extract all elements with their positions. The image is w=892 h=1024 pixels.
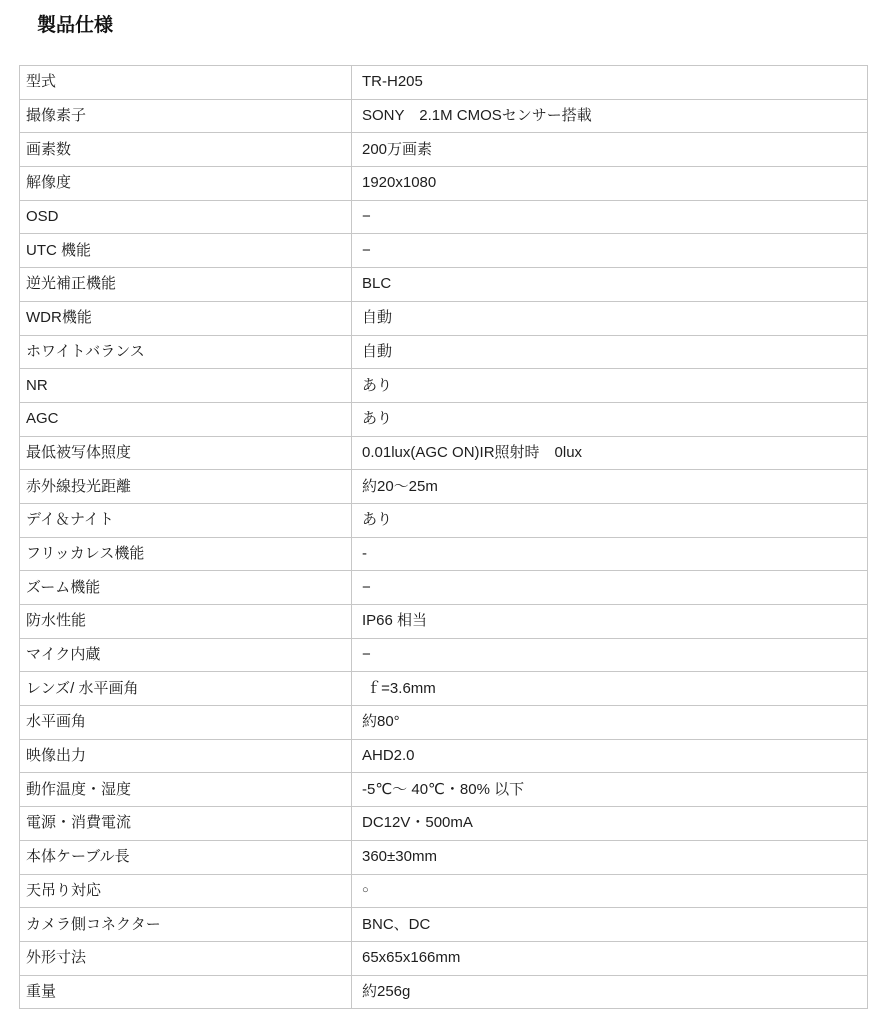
spec-row: 重量約256g — [20, 975, 868, 1009]
spec-row: 赤外線投光距離約20〜25m — [20, 470, 868, 504]
spec-label: AGC — [20, 402, 352, 436]
spec-label: 防水性能 — [20, 605, 352, 639]
spec-row: OSD− — [20, 200, 868, 234]
page-title: 製品仕様 — [37, 13, 892, 38]
spec-row: 外形寸法65x65x166mm — [20, 941, 868, 975]
spec-value: 自動 — [352, 335, 868, 369]
product-spec-table: 型式TR-H205撮像素子SONY 2.1M CMOSセンサー搭載画素数200万… — [19, 65, 868, 1009]
spec-value: あり — [352, 402, 868, 436]
spec-row: カメラ側コネクターBNC、DC — [20, 908, 868, 942]
spec-row: ズーム機能− — [20, 571, 868, 605]
spec-label: 解像度 — [20, 167, 352, 201]
spec-label: カメラ側コネクター — [20, 908, 352, 942]
spec-label: 画素数 — [20, 133, 352, 167]
spec-label: UTC 機能 — [20, 234, 352, 268]
spec-label: NR — [20, 369, 352, 403]
spec-row: 本体ケーブル長360±30mm — [20, 840, 868, 874]
spec-row: NRあり — [20, 369, 868, 403]
spec-row: 防水性能IP66 相当 — [20, 605, 868, 639]
spec-value: ｆ=3.6mm — [352, 672, 868, 706]
spec-label: 映像出力 — [20, 739, 352, 773]
spec-value: BNC、DC — [352, 908, 868, 942]
spec-value: - — [352, 537, 868, 571]
spec-value: 65x65x166mm — [352, 941, 868, 975]
spec-row: 解像度1920x1080 — [20, 167, 868, 201]
spec-value: 約80° — [352, 706, 868, 740]
spec-row: 逆光補正機能BLC — [20, 268, 868, 302]
spec-value: BLC — [352, 268, 868, 302]
spec-value: − — [352, 638, 868, 672]
spec-row: マイク内蔵− — [20, 638, 868, 672]
spec-row: AGCあり — [20, 402, 868, 436]
spec-label: OSD — [20, 200, 352, 234]
spec-label: 水平画角 — [20, 706, 352, 740]
spec-label: 型式 — [20, 66, 352, 100]
spec-value: SONY 2.1M CMOSセンサー搭載 — [352, 99, 868, 133]
spec-label: 重量 — [20, 975, 352, 1009]
spec-value: あり — [352, 369, 868, 403]
spec-row: 最低被写体照度0.01lux(AGC ON)IR照射時 0lux — [20, 436, 868, 470]
spec-value: DC12V・500mA — [352, 807, 868, 841]
spec-value: − — [352, 234, 868, 268]
spec-row: 画素数200万画素 — [20, 133, 868, 167]
spec-label: 最低被写体照度 — [20, 436, 352, 470]
spec-row: 動作温度・湿度-5℃〜 40℃・80% 以下 — [20, 773, 868, 807]
spec-row: 天吊り対応○ — [20, 874, 868, 908]
spec-row: UTC 機能− — [20, 234, 868, 268]
spec-label: マイク内蔵 — [20, 638, 352, 672]
spec-table-body: 型式TR-H205撮像素子SONY 2.1M CMOSセンサー搭載画素数200万… — [20, 66, 868, 1009]
spec-row: 型式TR-H205 — [20, 66, 868, 100]
spec-value: 約20〜25m — [352, 470, 868, 504]
spec-value: -5℃〜 40℃・80% 以下 — [352, 773, 868, 807]
spec-label: WDR機能 — [20, 301, 352, 335]
spec-row: フリッカレス機能- — [20, 537, 868, 571]
spec-label: レンズ/ 水平画角 — [20, 672, 352, 706]
spec-row: 電源・消費電流DC12V・500mA — [20, 807, 868, 841]
spec-label: デイ＆ナイト — [20, 503, 352, 537]
spec-label: 撮像素子 — [20, 99, 352, 133]
spec-row: 撮像素子SONY 2.1M CMOSセンサー搭載 — [20, 99, 868, 133]
spec-row: 水平画角約80° — [20, 706, 868, 740]
spec-value: 0.01lux(AGC ON)IR照射時 0lux — [352, 436, 868, 470]
spec-value: TR-H205 — [352, 66, 868, 100]
spec-value: − — [352, 571, 868, 605]
spec-value: ○ — [352, 874, 868, 908]
spec-label: 天吊り対応 — [20, 874, 352, 908]
spec-label: 外形寸法 — [20, 941, 352, 975]
spec-label: 動作温度・湿度 — [20, 773, 352, 807]
spec-label: 赤外線投光距離 — [20, 470, 352, 504]
spec-row: 映像出力AHD2.0 — [20, 739, 868, 773]
spec-label: ホワイトバランス — [20, 335, 352, 369]
spec-value: あり — [352, 503, 868, 537]
spec-value: 200万画素 — [352, 133, 868, 167]
spec-value: AHD2.0 — [352, 739, 868, 773]
spec-label: 本体ケーブル長 — [20, 840, 352, 874]
spec-value: 約256g — [352, 975, 868, 1009]
spec-row: ホワイトバランス自動 — [20, 335, 868, 369]
spec-value: 自動 — [352, 301, 868, 335]
spec-value: 1920x1080 — [352, 167, 868, 201]
spec-value: − — [352, 200, 868, 234]
spec-label: 逆光補正機能 — [20, 268, 352, 302]
spec-row: WDR機能自動 — [20, 301, 868, 335]
spec-label: 電源・消費電流 — [20, 807, 352, 841]
spec-row: デイ＆ナイトあり — [20, 503, 868, 537]
spec-value: 360±30mm — [352, 840, 868, 874]
spec-label: フリッカレス機能 — [20, 537, 352, 571]
spec-label: ズーム機能 — [20, 571, 352, 605]
spec-value: IP66 相当 — [352, 605, 868, 639]
spec-row: レンズ/ 水平画角 ｆ=3.6mm — [20, 672, 868, 706]
